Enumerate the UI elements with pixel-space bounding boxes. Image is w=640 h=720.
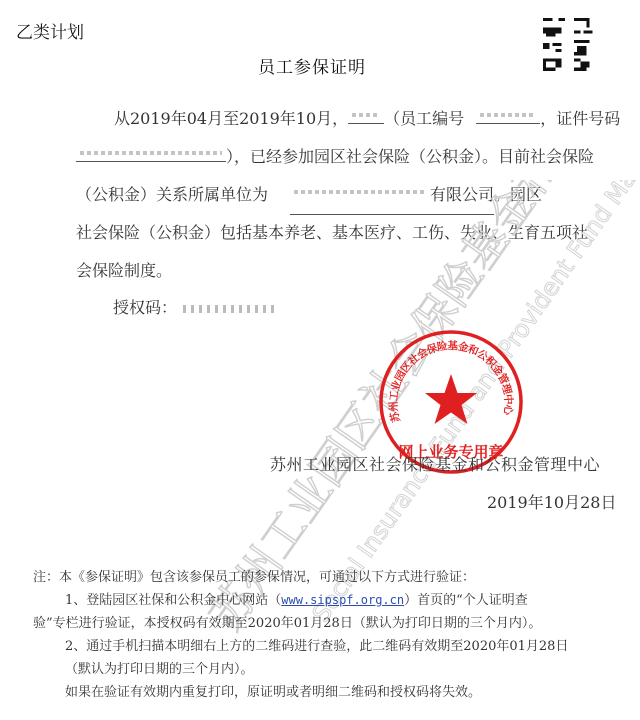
redacted-auth-code — [183, 305, 278, 313]
redacted-id-number — [76, 143, 226, 162]
plan-label: 乙类计划 — [16, 18, 84, 43]
notes-item-2: 2、通过手机扫描本明细右上方的二维码进行查验，此二维码有效期至2020年01月2… — [33, 635, 568, 658]
redacted-company — [290, 182, 430, 200]
qr-code-icon — [540, 15, 602, 77]
issue-date: 2019年10月28日 — [487, 490, 616, 513]
document-title: 员工参保证明 — [258, 53, 366, 78]
notes-item-2-cont: （默认为打印日期的三个月内）。 — [33, 658, 568, 681]
body-line-3: （公积金）关系所属单位为有限公司。园区 — [76, 176, 542, 215]
redacted-name — [348, 105, 384, 124]
star-icon — [425, 374, 477, 424]
redacted-employee-id — [476, 105, 540, 124]
notes-intro: 注：本《参保证明》包含该参保员工的参保情况，可通过以下方式进行验证： — [33, 566, 568, 589]
notes-item-1-cont: 验”专栏进行验证，本授权码有效期至2020年01月28日（默认为打印日期的三个月… — [33, 612, 568, 635]
authorization-code: 授权码： — [113, 295, 278, 318]
body-line-5: 会保险制度。 — [76, 252, 172, 290]
notes-final: 如果在验证有效期内重复打印，原证明或者明细二维码和授权码将失效。 — [33, 681, 568, 704]
website-link[interactable]: www.sipspf.org.cn — [281, 593, 404, 607]
issuer-name: 苏州工业园区社会保险基金和公积金管理中心 — [270, 452, 600, 475]
body-line-2: ），已经参加园区社会保险（公积金）。目前社会保险 — [76, 138, 594, 176]
notes-item-1: 1、登陆园区社保和公积金中心网站（www.sipspf.org.cn）首页的“个… — [33, 589, 568, 612]
body-line-4: 社会保险（公积金）包括基本养老、基本医疗、工伤、失业、生育五项社 — [76, 214, 588, 252]
body-line-1: 从2019年04月至2019年10月，（员工编号，证件号码 — [114, 100, 620, 138]
verification-notes: 注：本《参保证明》包含该参保员工的参保情况，可通过以下方式进行验证： 1、登陆园… — [33, 566, 568, 704]
